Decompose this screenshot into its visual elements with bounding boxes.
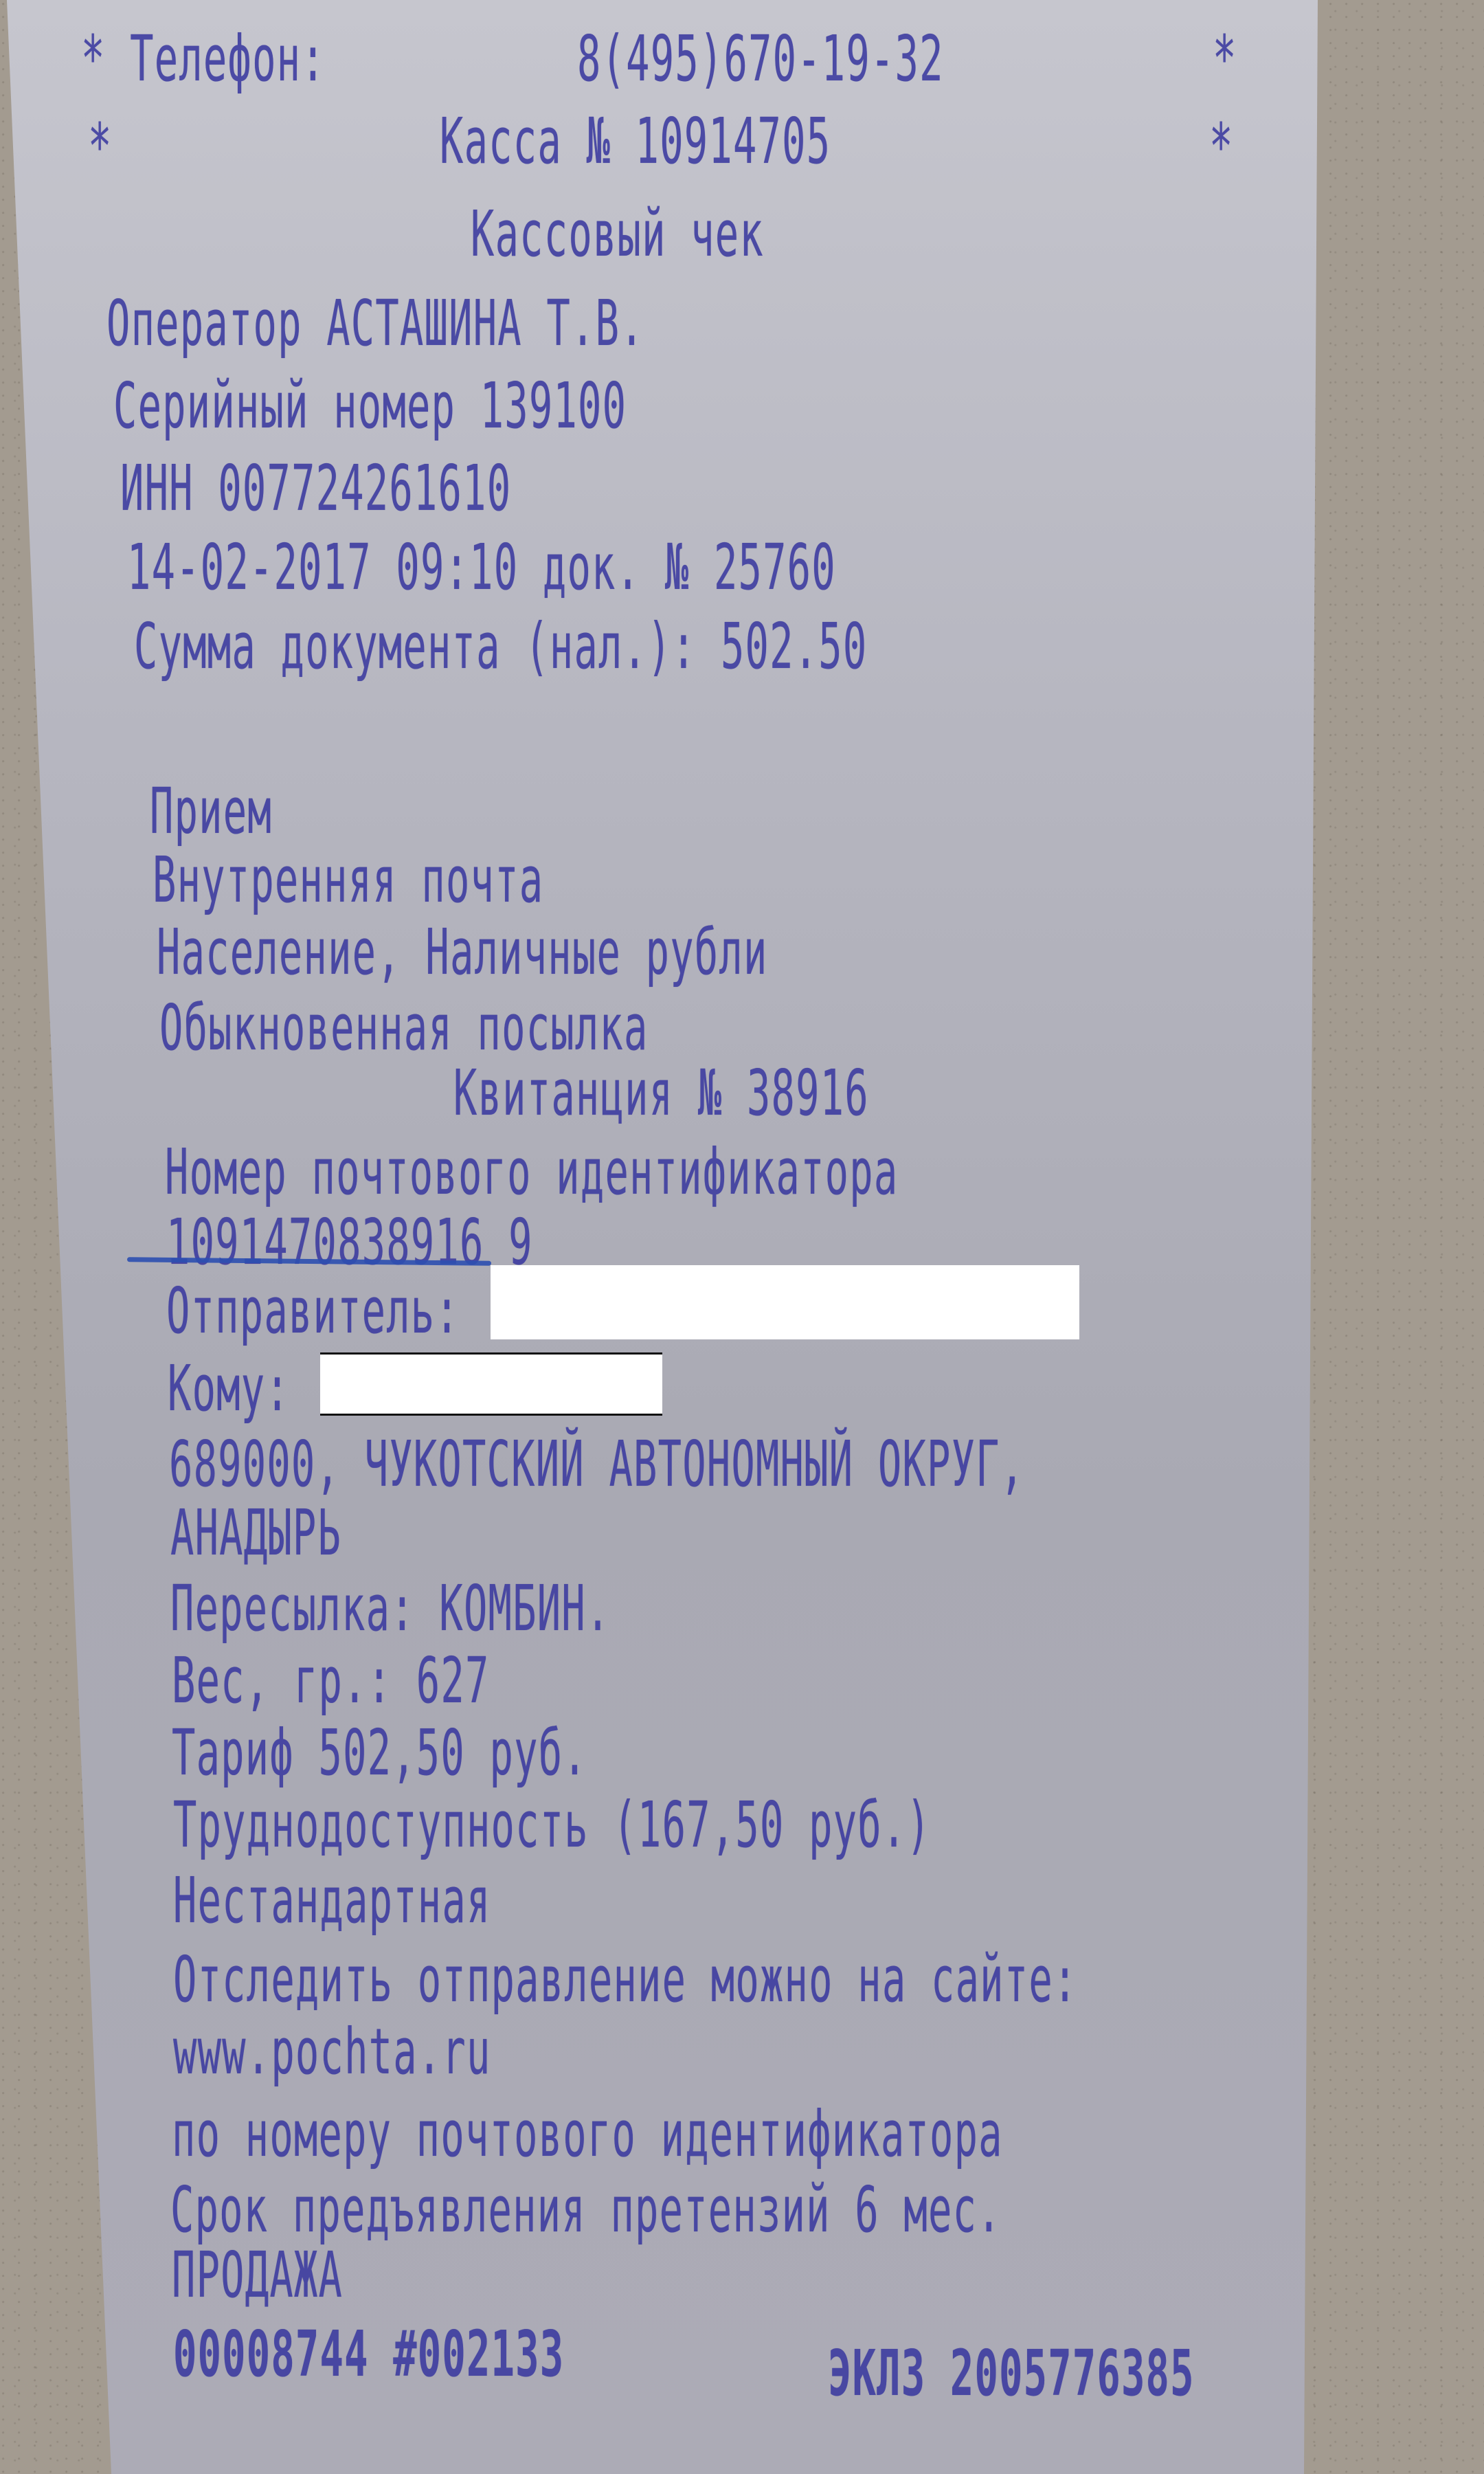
weight: Вес, гр.: 627 (172, 1649, 490, 1713)
serial-number: Серийный номер 139100 (113, 375, 627, 438)
item: Обыкновенная посылка (159, 996, 649, 1060)
recipient-redaction (320, 1352, 662, 1416)
eklz: ЭКЛЗ 2005776385 (828, 2342, 1195, 2405)
address-line-2: АНАДЫРЬ (170, 1502, 341, 1565)
sale: ПРОДАЖА (172, 2244, 343, 2307)
register-number: Касса № 10914705 (440, 110, 831, 173)
receipt-title: Кассовый чек (471, 203, 764, 266)
star-icon: * (88, 115, 113, 179)
receipt-number: Квитанция № 38916 (453, 1062, 869, 1125)
inn: ИНН 007724261610 (120, 457, 511, 520)
counter: 00008744 #002133 (173, 2323, 564, 2386)
phone-label: * Телефон: (81, 27, 326, 91)
website: www.pochta.ru (173, 2020, 491, 2084)
star-icon: * (1213, 27, 1237, 91)
address-line-1: 689000, ЧУКОТСКИЙ АВТОНОМНЫЙ ОКРУГ, (169, 1433, 1024, 1496)
claims-period: Срок предъявления претензий 6 мес. (170, 2178, 1002, 2242)
track-hint-2: по номеру почтового идентификатора (172, 2103, 1003, 2166)
tracking-label: Номер почтового идентификатора (165, 1141, 898, 1204)
tariff: Тариф 502,50 руб. (172, 1721, 587, 1785)
track-hint: Отследить отправление можно на сайте: (173, 1948, 1078, 2011)
sender-redaction (491, 1265, 1079, 1339)
operator: Оператор АСТАШИНА Т.В. (106, 292, 644, 355)
payer: Население, Наличные рубли (157, 921, 768, 984)
datetime-doc: 14-02-2017 09:10 док. № 25760 (127, 536, 836, 599)
sender-label: Отправитель: (166, 1280, 460, 1343)
nonstandard: Нестандартная (173, 1869, 491, 1932)
remote-fee: Труднодоступность (167,50 руб.) (173, 1794, 931, 1857)
forwarding: Пересылка: КОМБИН. (170, 1577, 610, 1640)
mail-type: Внутренняя почта (153, 849, 543, 912)
phone-number: 8(495)670-19-32 (577, 27, 944, 91)
document-total: Сумма документа (нал.): 502.50 (134, 615, 867, 678)
star-icon: * (1209, 115, 1234, 179)
recipient-label: Кому: (168, 1357, 290, 1420)
operation: Прием (150, 780, 272, 843)
